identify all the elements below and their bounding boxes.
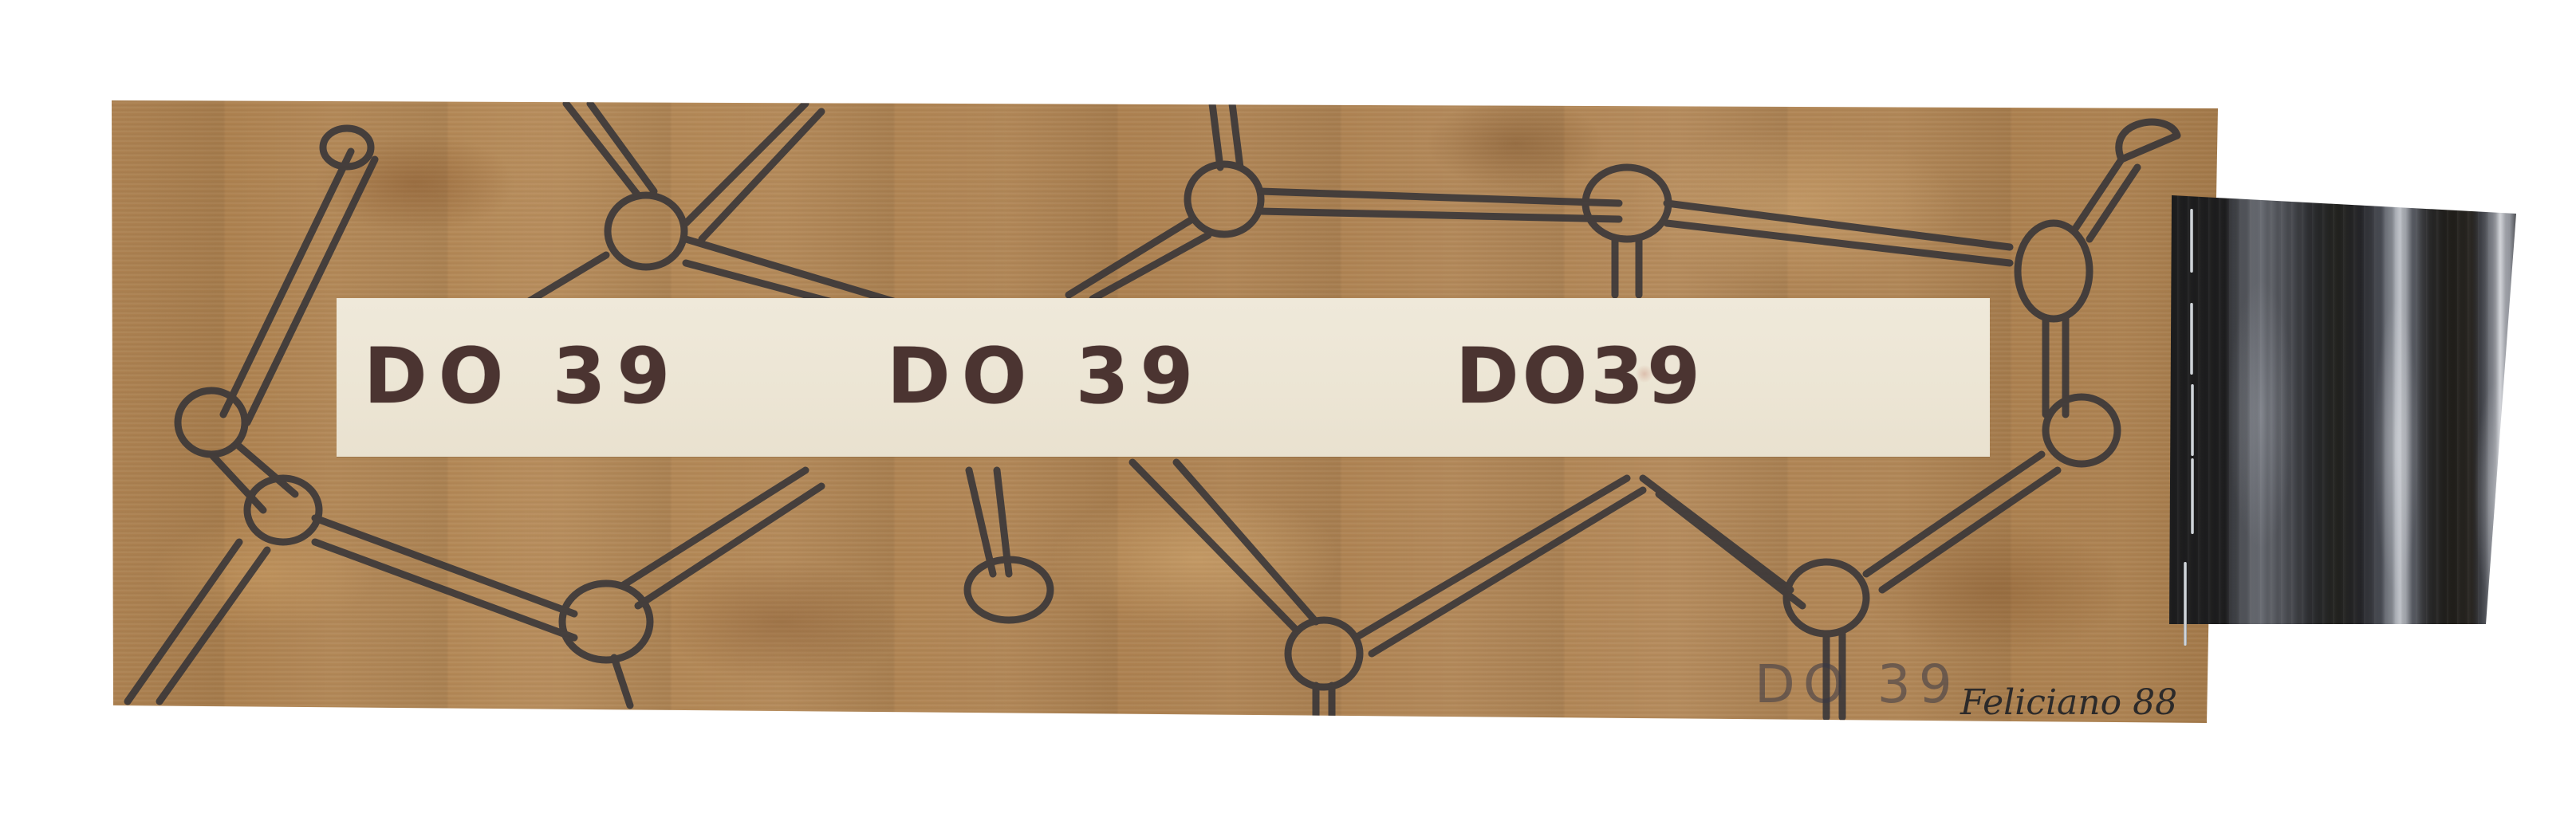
staple-icon [2190, 209, 2193, 273]
staple-icon [2184, 562, 2187, 646]
staple-icon [2191, 458, 2194, 534]
artwork: DO 39 DO 39 DO39 DO 39 Feliciano 88 [0, 0, 2576, 821]
pencil-code: DO 39 [1755, 658, 1960, 711]
label-text-3: DO39 [1455, 338, 1704, 414]
label-text-1: DO 39 [364, 338, 681, 414]
staple-icon [2190, 303, 2193, 375]
label-text-2: DO 39 [887, 338, 1204, 414]
label-strip: DO 39 DO 39 DO39 [337, 298, 1990, 457]
staple-icon [2191, 384, 2194, 456]
artist-signature: Feliciano 88 [1960, 684, 2177, 722]
